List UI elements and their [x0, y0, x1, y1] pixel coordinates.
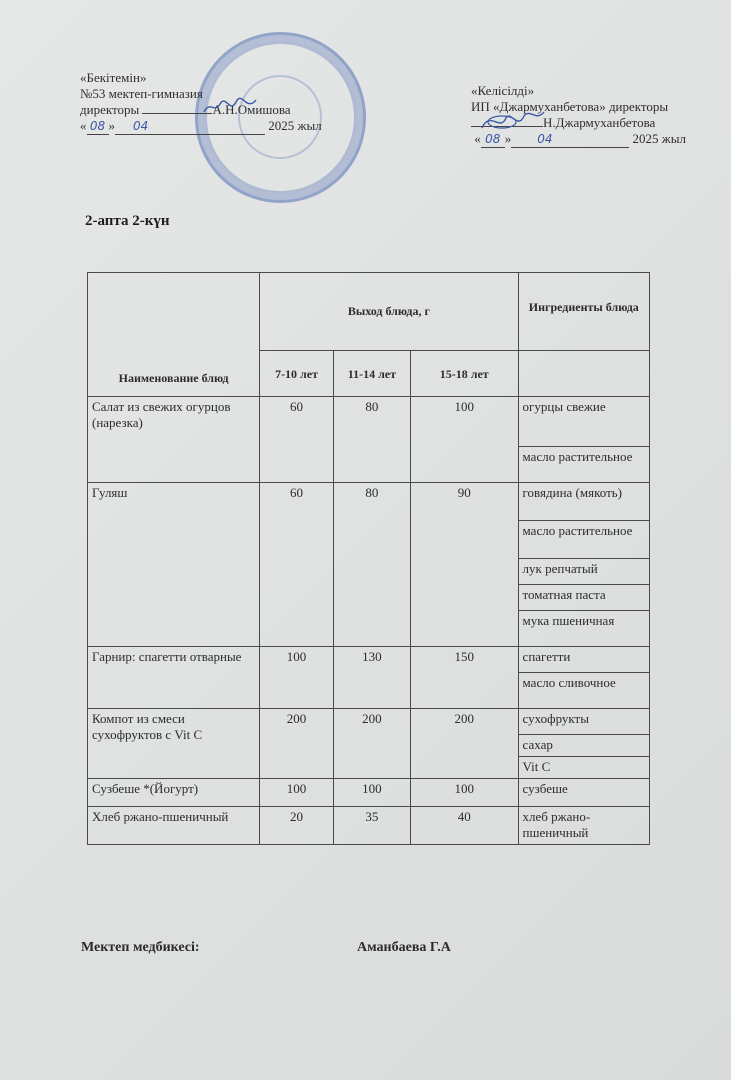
ingredient: Vit C	[518, 757, 649, 779]
dish-output-value: 100	[333, 779, 410, 807]
nurse-label: Мектеп медбикесі:	[81, 940, 200, 956]
date-year: 2025 жыл	[268, 118, 321, 133]
approval-block-left: «Бекітемін» №53 мектеп-гимназия директор…	[80, 70, 322, 135]
dish-output-value: 100	[410, 397, 518, 483]
approval-date-line: «08»04 2025 жыл	[80, 118, 322, 135]
header-age-11-14: 11-14 лет	[333, 351, 410, 397]
dish-output-value: 20	[260, 807, 334, 845]
nurse-name: Аманбаева Г.А	[357, 940, 451, 956]
ingredient: сахар	[518, 735, 649, 757]
dish-output-value: 200	[333, 709, 410, 779]
approval-signature-line: директоры А.Н.Омишова	[80, 102, 322, 118]
date-day: 08	[87, 118, 109, 135]
dish-name: Хлеб ржано-пшеничный	[88, 807, 260, 845]
ingredient: говядина (мякоть)	[518, 483, 649, 521]
day-title: 2-апта 2-күн	[85, 213, 170, 230]
dish-name: Гуляш	[88, 483, 260, 647]
dish-output-value: 200	[260, 709, 334, 779]
approval-title: «Бекітемін»	[80, 70, 322, 86]
dish-output-value: 150	[410, 647, 518, 709]
approval-org: ИП «Джармуханбетова» директоры	[471, 99, 686, 115]
date-year: 2025 жыл	[633, 131, 686, 146]
dish-output-value: 100	[260, 779, 334, 807]
table-row: Хлеб ржано-пшеничный203540хлеб ржано-пше…	[88, 807, 650, 845]
ingredient: спагетти	[518, 647, 649, 673]
dish-output-value: 80	[333, 397, 410, 483]
dish-name: Салат из свежих огурцов (нарезка)	[88, 397, 260, 483]
dish-output-value: 200	[410, 709, 518, 779]
table-row: Гуляш608090говядина (мякоть)	[88, 483, 650, 521]
table-row: Сузбеше *(Йогурт)100100100сузбеше	[88, 779, 650, 807]
signature-field	[142, 113, 212, 114]
date-day: 08	[481, 131, 505, 148]
approval-block-right: «Келісілді» ИП «Джармуханбетова» директо…	[471, 83, 686, 148]
ingredient: огурцы свежие	[518, 397, 649, 447]
approval-name: А.Н.Омишова	[212, 102, 290, 117]
ingredient: томатная паста	[518, 585, 649, 611]
dish-output-value: 35	[333, 807, 410, 845]
header-ingredients: Ингредиенты блюда	[518, 273, 649, 351]
dish-output-value: 40	[410, 807, 518, 845]
approval-signature-line: Н.Джармуханбетова	[471, 115, 686, 131]
dish-output-value: 90	[410, 483, 518, 647]
dish-name: Сузбеше *(Йогурт)	[88, 779, 260, 807]
table-row: Компот из смеси сухофруктов с Vit C20020…	[88, 709, 650, 735]
ingredient: сузбеше	[518, 779, 649, 807]
approval-org: №53 мектеп-гимназия	[80, 86, 322, 102]
ingredient: масло сливочное	[518, 673, 649, 709]
date-month: 04	[511, 131, 629, 148]
approval-role: директоры	[80, 102, 139, 117]
menu-table: Наименование блюд Выход блюда, г Ингреди…	[87, 272, 650, 845]
approval-date-line: «08»04 2025 жыл	[471, 131, 686, 148]
header-ingredients-empty	[518, 351, 649, 397]
dish-output-value: 60	[260, 397, 334, 483]
ingredient: масло растительное	[518, 521, 649, 559]
dish-output-value: 130	[333, 647, 410, 709]
header-age-15-18: 15-18 лет	[410, 351, 518, 397]
signature-field	[471, 126, 543, 127]
dish-output-value: 100	[260, 647, 334, 709]
ingredient: лук репчатый	[518, 559, 649, 585]
ingredient: мука пшеничная	[518, 611, 649, 647]
dish-output-value: 100	[410, 779, 518, 807]
header-age-7-10: 7-10 лет	[260, 351, 334, 397]
dish-name: Компот из смеси сухофруктов с Vit C	[88, 709, 260, 779]
ingredient: сухофрукты	[518, 709, 649, 735]
table-row: Салат из свежих огурцов (нарезка)6080100…	[88, 397, 650, 447]
ingredient: масло растительное	[518, 447, 649, 483]
dish-name: Гарнир: спагетти отварные	[88, 647, 260, 709]
header-output: Выход блюда, г	[260, 273, 518, 351]
header-dish-name: Наименование блюд	[88, 273, 260, 397]
ingredient: хлеб ржано-пшеничный	[518, 807, 649, 845]
dish-output-value: 80	[333, 483, 410, 647]
table-row: Гарнир: спагетти отварные100130150спагет…	[88, 647, 650, 673]
approval-name: Н.Джармуханбетова	[543, 115, 655, 130]
dish-output-value: 60	[260, 483, 334, 647]
date-month: 04	[115, 118, 265, 135]
approval-title: «Келісілді»	[471, 83, 686, 99]
